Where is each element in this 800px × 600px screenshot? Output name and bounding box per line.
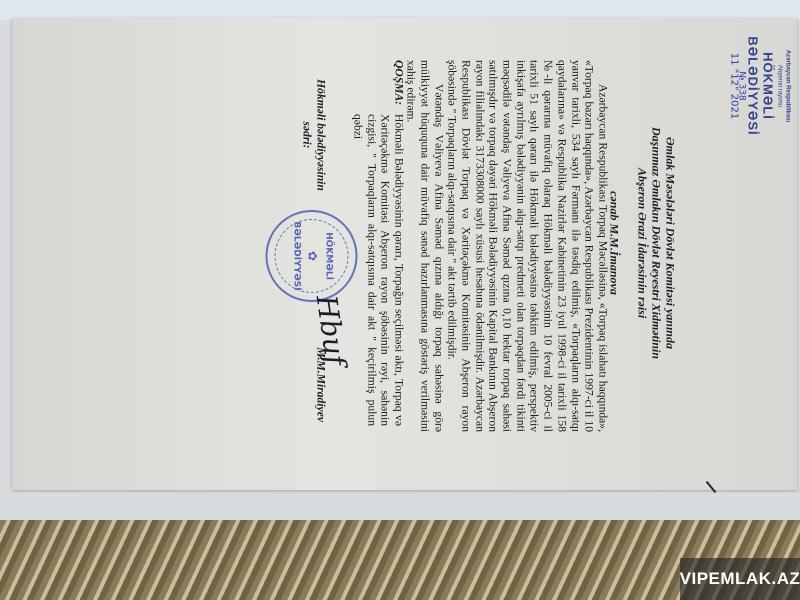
stamp-date: 11 "12" 2021: [729, 26, 737, 146]
seal-text-line2: BƏLƏDİYYƏSİ: [288, 221, 302, 290]
site-watermark: VIPEMLAK.AZ: [680, 558, 800, 600]
stamp-org-line2: Abşeron rayonu: [775, 26, 783, 146]
addressee-line3: Abşeron Ərazi İdarəsinin rəisi: [635, 113, 649, 373]
addressee-line1: Əmlak Məsələləri Dövlət Komitəsi yanında: [663, 113, 677, 373]
signatory-title: Hökməli bələdiyyəsinin sədri:: [300, 60, 327, 210]
addressee-block: Əmlak Məsələləri Dövlət Komitəsi yanında…: [607, 113, 677, 373]
letter-body: Azərbaycan Respublikası Torpaq Məcəlləsi…: [403, 60, 609, 432]
body-paragraph-1: Azərbaycan Respublikası Torpaq Məcəlləsi…: [445, 60, 609, 432]
attachment-text: Hökməli Bələdiyyəsinin qərarı, Torpağın …: [350, 114, 405, 426]
background-paper-strip: [0, 0, 800, 20]
signatory-name: M.M.Miradiyev: [313, 347, 327, 422]
stamp-org-name-line2: BƏLƏDİYYƏSİ: [745, 26, 760, 146]
document-content: Azərbaycan Respublikası Abşeron rayonu H…: [12, 18, 797, 490]
document-sheet: Azərbaycan Respublikası Abşeron rayonu H…: [12, 18, 797, 490]
attachment-label: QOŞMA:: [391, 60, 405, 114]
attachment-block: QOŞMA:Hökməli Bələdiyyəsinin qərarı, Tor…: [350, 60, 405, 432]
body-paragraph-2: Vətəndaş Vəliyeva Afina Səməd qızına ald…: [403, 60, 444, 432]
stamp-org-line1: Azərbaycan Respublikası: [783, 26, 791, 146]
seal-text-line1: HÖKMƏLİ: [320, 232, 334, 280]
signatory-title-line2: sədri:: [300, 60, 314, 210]
stamp-org-name-line1: HÖKMƏLİ: [760, 26, 775, 146]
addressee-line2: Daşınmaz Əmlakın Dövlət Reyestri Xidməti…: [649, 113, 663, 373]
official-seal: HÖKMƏLİ ✿ BƏLƏDİYYƏSİ: [265, 210, 357, 302]
registration-stamp: Azərbaycan Respublikası Abşeron rayonu H…: [729, 26, 791, 146]
signature-block: Hökməli bələdiyyəsinin sədri: HÖKMƏLİ ✿ …: [247, 60, 327, 432]
flower-emblem-icon: ✿: [304, 251, 318, 261]
signatory-title-line1: Hökməli bələdiyyəsinin: [313, 60, 327, 210]
